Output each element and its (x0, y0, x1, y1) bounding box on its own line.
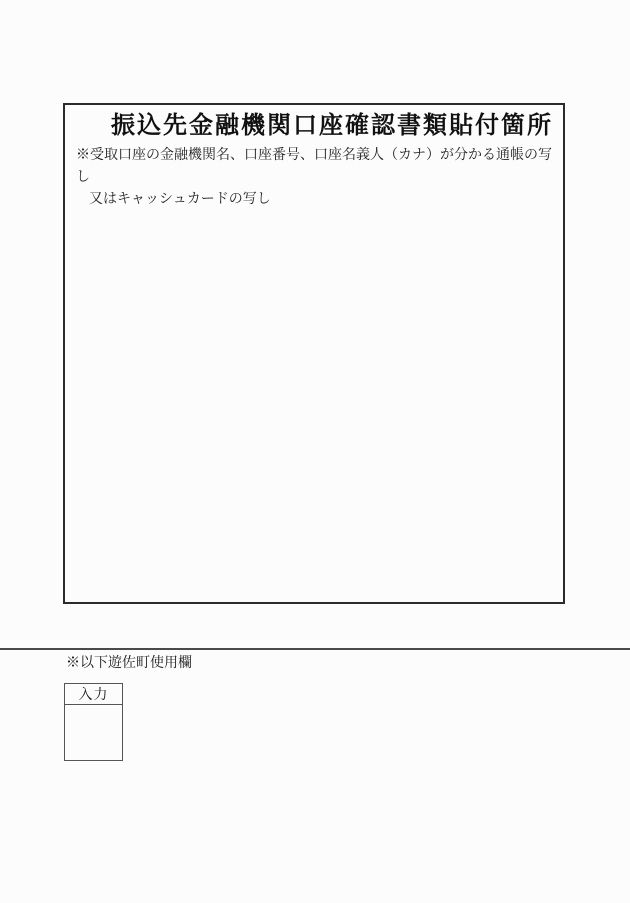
attachment-box: 振込先金融機関口座確認書類貼付箇所 ※受取口座の金融機関名、口座番号、口座名義人… (63, 103, 565, 604)
office-table-entry-cell (65, 705, 123, 761)
document-paste-area (65, 185, 563, 602)
attachment-note-line1: ※受取口座の金融機関名、口座番号、口座名義人（カナ）が分かる通帳の写し (76, 144, 557, 188)
section-divider (0, 648, 630, 650)
table-row: 入力 (65, 684, 123, 705)
attachment-box-title: 振込先金融機関口座確認書類貼付箇所 (65, 111, 563, 139)
office-use-table: 入力 (64, 683, 123, 761)
document-page: 振込先金融機関口座確認書類貼付箇所 ※受取口座の金融機関名、口座番号、口座名義人… (0, 0, 630, 903)
table-row (65, 705, 123, 761)
office-use-label: ※以下遊佐町使用欄 (66, 653, 192, 673)
office-table-header-cell: 入力 (65, 684, 123, 705)
